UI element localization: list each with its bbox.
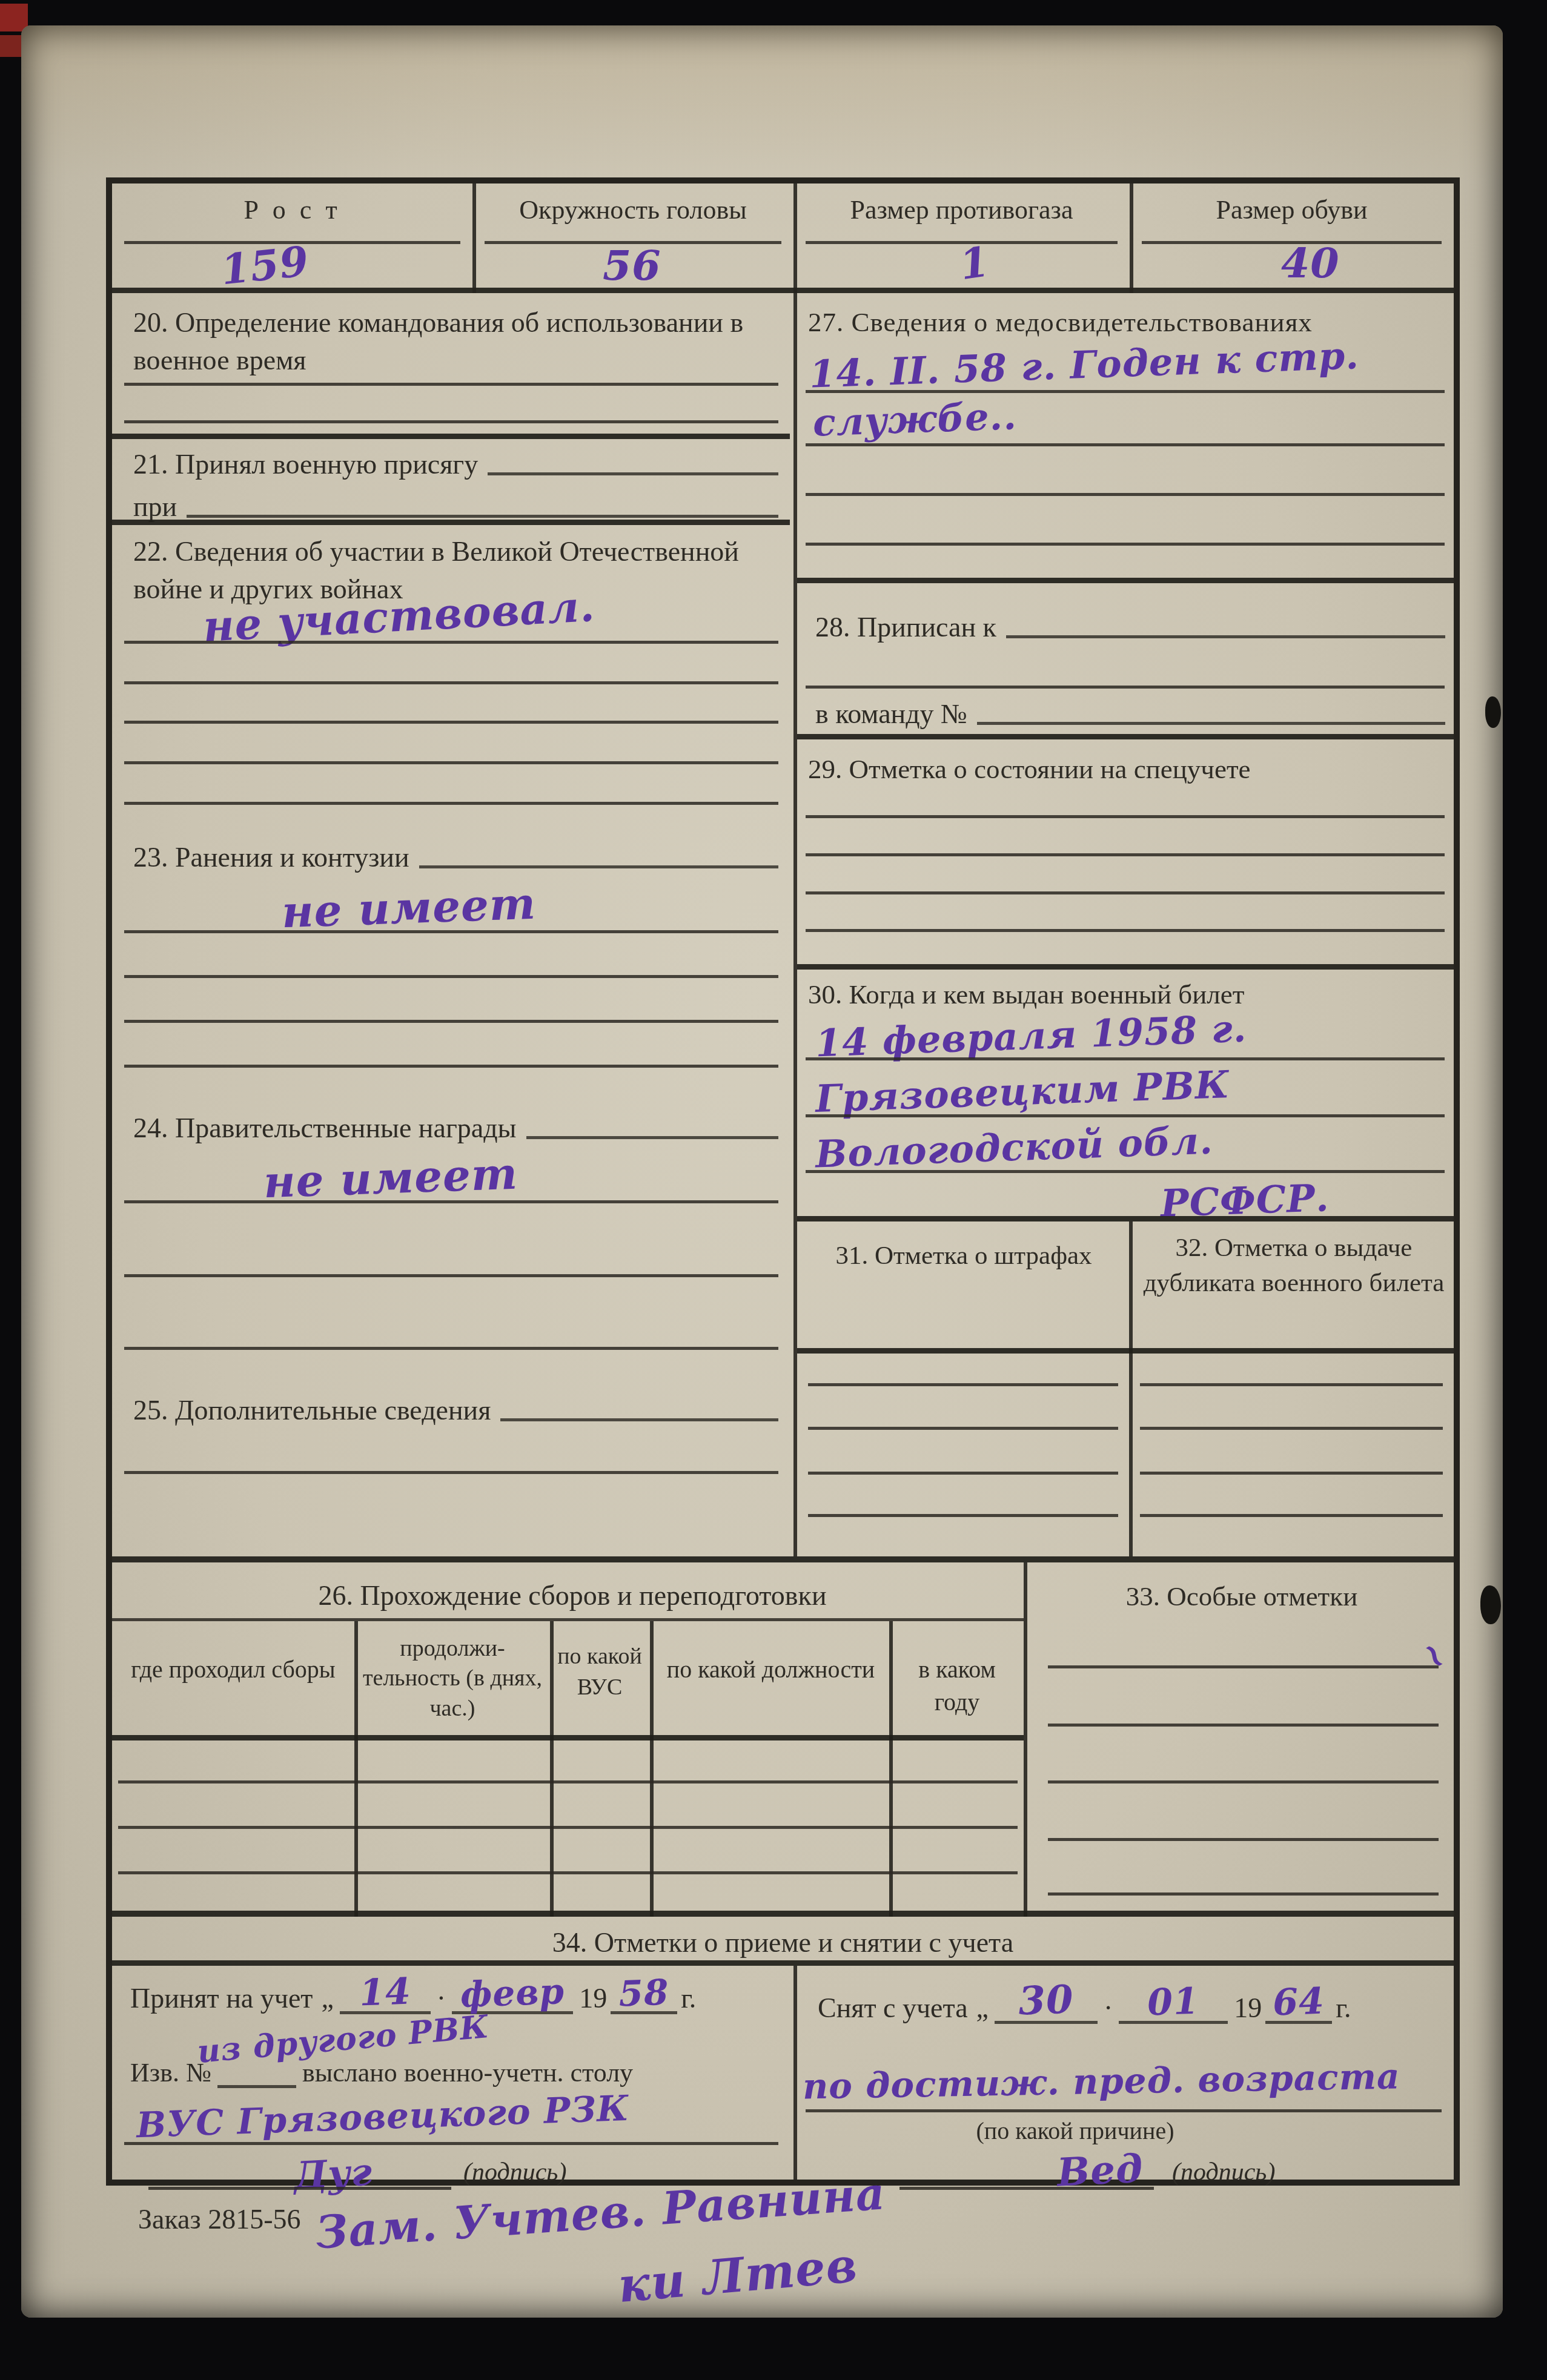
section23-label: 23. Ранения и контузии — [133, 841, 409, 873]
blank-line — [1048, 1838, 1439, 1841]
blank-line — [806, 1057, 1445, 1060]
form-frame: Р о с т Окружность головы Размер противо… — [106, 177, 1460, 2186]
blank-line — [526, 1136, 779, 1139]
section30-title: 30. Когда и кем выдан военный билет — [808, 979, 1450, 1010]
blank-line — [124, 802, 778, 805]
blank-line — [124, 681, 778, 684]
blank-line — [1048, 1780, 1439, 1783]
section-separator — [112, 520, 790, 525]
registration-title-rule — [112, 1960, 1454, 1966]
section27-handwriting-2: службе.. — [812, 394, 1018, 445]
red-tab-top — [0, 4, 28, 31]
section28-sub-row: в команду № — [815, 698, 1445, 730]
training-col-position: по какой должности — [657, 1653, 884, 1686]
blank-line — [1006, 635, 1445, 638]
accepted-signature: Дуг — [293, 2150, 374, 2198]
blank-line — [806, 891, 1445, 894]
signature-line — [148, 2187, 451, 2190]
header-bottom-rule — [112, 288, 1454, 293]
blank-line — [806, 2109, 1442, 2112]
section21-title-row: 21. Принял военную присягу — [133, 448, 778, 480]
shoe-size-value: 40 — [1281, 239, 1340, 288]
signature-line — [899, 2187, 1154, 2190]
blank-line — [1140, 1383, 1443, 1386]
date-dot: · — [437, 1982, 446, 2014]
removed-month-blank: 01 — [1119, 2021, 1228, 2024]
blank-line — [124, 1347, 778, 1350]
section30-handwriting-2: Грязовецким РВК — [815, 1062, 1231, 1121]
margin-ink-mark: ~ — [1410, 1633, 1461, 1679]
head-circumference-label: Окружность головы — [472, 194, 793, 225]
accepted-label: Принят на учет — [130, 1982, 313, 2014]
blank-line — [124, 1020, 778, 1023]
paper-top-tint — [21, 25, 1503, 183]
blank-line — [124, 930, 778, 933]
training-band: 26. Прохождение сборов и переподготовки … — [112, 1556, 1454, 1911]
removed-label: Снят с учета — [818, 1992, 968, 2024]
accepted-year-value: 58 — [618, 1972, 670, 2015]
section25-title-row: 25. Дополнительные сведения — [133, 1394, 778, 1426]
registration-title: 34. Отметки о приеме и снятии с учета — [112, 1926, 1454, 1959]
blank-line — [806, 1114, 1445, 1117]
section23-handwriting: не имеет — [281, 878, 537, 938]
section25-label: 25. Дополнительные сведения — [133, 1394, 491, 1426]
accepted-signature-label: (подпись) — [463, 2158, 566, 2187]
blank-line — [806, 543, 1445, 546]
blank-line — [488, 472, 778, 475]
section24-title-row: 24. Правительственные награды — [133, 1112, 778, 1144]
blank-line — [808, 1383, 1118, 1386]
blank-line — [1140, 1427, 1443, 1430]
right-column: 27. Сведения о медосвидетельствованиях 1… — [797, 293, 1454, 1556]
blank-line — [808, 1472, 1118, 1475]
section27-handwriting-1: 14. II. 58 г. Годен к стр. — [809, 333, 1360, 397]
registration-divider — [793, 1966, 797, 2186]
blank-line — [124, 1471, 778, 1474]
section-separator — [797, 964, 1454, 970]
blank-line — [187, 515, 778, 518]
izv-row: Изв. № выслано военно-учетн. столу — [130, 2057, 778, 2088]
penalties-divider — [1129, 1221, 1133, 1556]
section-separator — [797, 578, 1454, 583]
blank-line — [1048, 1665, 1439, 1668]
blank-line — [500, 1418, 778, 1421]
blank-line — [118, 1780, 1018, 1783]
blank-line — [806, 390, 1445, 393]
blank-line — [124, 721, 778, 724]
blank-line — [124, 761, 778, 764]
training-col-where: где проходил сборы — [118, 1653, 348, 1686]
section28-label: 28. Приписан к — [815, 611, 996, 643]
paper-tear-spot — [1485, 696, 1501, 728]
removed-month-value: 01 — [1147, 1980, 1200, 2025]
section20-title: 20. Определение командования об использо… — [133, 304, 778, 379]
section28-title-row: 28. Приписан к — [815, 611, 1445, 643]
accepted-year-prefix: 19 — [579, 1982, 607, 2014]
section-separator — [112, 434, 790, 439]
removed-signature-label: (подпись) — [1172, 2158, 1275, 2187]
izv-label: Изв. № — [130, 2057, 211, 2088]
training-header-bottom-rule — [112, 1735, 1024, 1740]
blank-line — [124, 641, 778, 644]
gas-mask-size-label: Размер противогаза — [793, 194, 1130, 225]
special-marks-title: 33. Особые отметки — [1033, 1581, 1451, 1612]
band-divider — [1024, 1562, 1027, 1917]
blank-line — [124, 1065, 778, 1068]
blank-line — [1048, 1892, 1439, 1896]
blank-line — [1048, 1724, 1439, 1727]
blank-line — [806, 815, 1445, 818]
section-separator — [797, 1216, 1454, 1221]
section28-sub-label: в команду № — [815, 698, 967, 730]
accepted-year-blank: 58 — [611, 2011, 677, 2014]
blank-line — [124, 1200, 778, 1203]
blank-line — [118, 1871, 1018, 1874]
blank-line — [124, 420, 778, 423]
training-col-duration: продолжи-тельность (в днях, час.) — [359, 1634, 546, 1724]
section29-title: 29. Отметка о состоянии на спецучете — [808, 753, 1450, 785]
date-dot: · — [1104, 1992, 1113, 2024]
gas-mask-size-value: 1 — [957, 237, 993, 289]
removed-row: Снят с учета „ 30 · 01 19 64 г. — [818, 1992, 1442, 2024]
open-quote: „ — [321, 1982, 333, 2014]
penalties-title: 31. Отметка о штрафах — [809, 1238, 1118, 1274]
open-quote: „ — [976, 1992, 989, 2024]
training-col-vus: по какой ВУС — [554, 1641, 645, 1704]
section21-sub-label: при — [133, 491, 177, 523]
accepted-year-suffix: г. — [681, 1982, 696, 2014]
izv-rest-label: выслано военно-учетн. столу — [302, 2057, 633, 2088]
section21-sub-row: при — [133, 491, 778, 523]
blank-line — [419, 865, 778, 868]
blank-line — [1140, 1514, 1443, 1517]
blank-line — [806, 853, 1445, 856]
training-col-year: в каком году — [893, 1653, 1021, 1719]
section30-handwriting-3: Вологодской обл. — [815, 1119, 1214, 1177]
section24-label: 24. Правительственные награды — [133, 1112, 517, 1144]
training-title: 26. Прохождение сборов и переподготовки — [148, 1579, 996, 1611]
duplicate-title: 32. Отметка о выдаче дубликата военного … — [1142, 1231, 1445, 1301]
height-label: Р о с т — [112, 194, 472, 225]
blank-line — [806, 443, 1445, 446]
scanned-document: { "header": { "cells": [ {"label": "Р о … — [0, 0, 1547, 2380]
training-header-top-rule — [112, 1618, 1024, 1621]
blank-line — [806, 493, 1445, 496]
section-separator — [797, 734, 1454, 739]
blank-line — [806, 929, 1445, 932]
registration-section: 34. Отметки о приеме и снятии с учета Пр… — [112, 1911, 1454, 2180]
paper-tear-spot — [1480, 1585, 1501, 1624]
blank-line — [806, 1170, 1445, 1173]
removed-year-blank: 64 — [1265, 2021, 1332, 2024]
left-column: 20. Определение командования об использо… — [112, 293, 793, 1556]
removed-reason-label: (по какой причине) — [863, 2117, 1287, 2145]
blank-line — [806, 686, 1445, 689]
removed-day-value: 30 — [1018, 1977, 1075, 2024]
blank-line — [977, 722, 1445, 725]
section21-label: 21. Принял военную присягу — [133, 448, 478, 480]
height-value: 159 — [219, 237, 311, 295]
blank-line — [808, 1427, 1118, 1430]
accepted-row: Принят на учет „ 14 · февр 19 58 г. — [130, 1982, 778, 2014]
blank-line — [124, 2142, 778, 2145]
removed-day-blank: 30 — [995, 2021, 1098, 2024]
blank-line — [124, 975, 778, 978]
removed-reason-handwriting: по достиж. пред. возраста — [802, 2055, 1400, 2107]
penalties-header-rule — [797, 1348, 1454, 1354]
blank-line — [124, 1274, 778, 1277]
removed-year-value: 64 — [1272, 1980, 1325, 2025]
blank-line — [1140, 1472, 1443, 1475]
head-circumference-value: 56 — [603, 242, 661, 290]
blank-line — [124, 383, 778, 386]
izv-number-blank — [217, 2085, 296, 2088]
section30-handwriting-1: 14 февраля 1958 г. — [815, 1007, 1248, 1066]
removed-year-prefix: 19 — [1234, 1992, 1262, 2024]
accepted-dest-handwriting: ВУС Грязовецкого РЗК — [136, 2087, 630, 2146]
accepted-day-value: 14 — [359, 1971, 412, 2015]
section24-handwriting: не имеет — [263, 1148, 519, 1208]
blank-line — [118, 1826, 1018, 1829]
order-number: Заказ 2815-56 — [138, 2203, 301, 2235]
blank-line — [808, 1514, 1118, 1517]
shoe-size-label: Размер обуви — [1130, 194, 1454, 225]
removed-year-suffix: г. — [1336, 1992, 1351, 2024]
section23-title-row: 23. Ранения и контузии — [133, 841, 778, 873]
